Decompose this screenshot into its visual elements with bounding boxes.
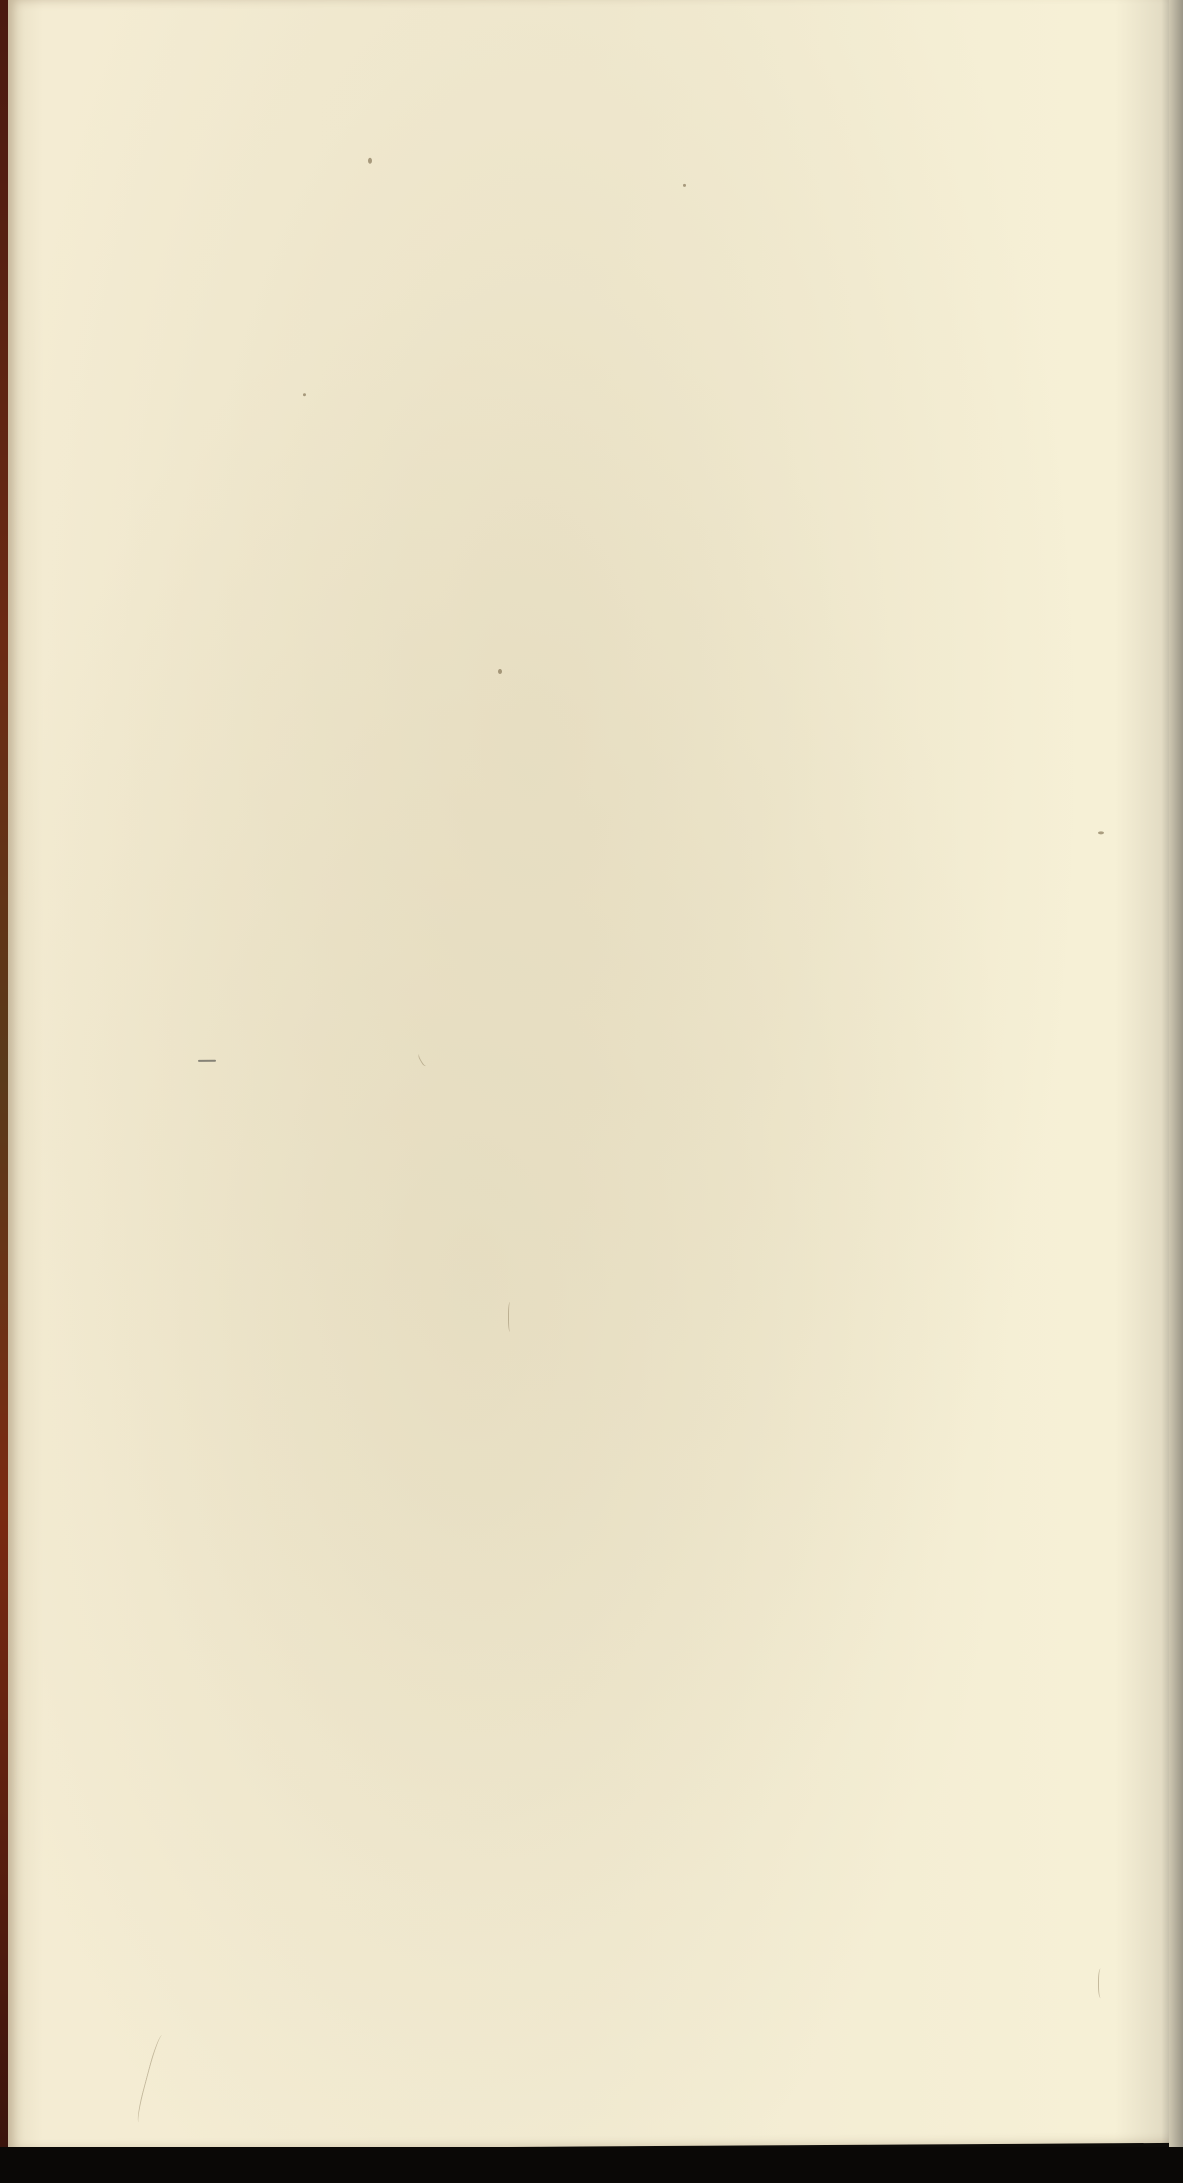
paper-fiber: [1098, 1968, 1105, 1998]
paper-fiber: [508, 1302, 513, 1332]
paper-speck: [683, 184, 686, 187]
paper-speck: [498, 669, 502, 674]
paper-fiber: [417, 1052, 430, 1068]
paper-speck: [1098, 831, 1104, 834]
page-gutter: [1169, 0, 1183, 2150]
scanner-border: [0, 2147, 1183, 2183]
paper-speck: [198, 1060, 216, 1062]
paper-speck: [368, 158, 372, 164]
paper-speck: [303, 393, 306, 396]
blank-paper-page: [8, 0, 1173, 2150]
paper-fiber: [135, 2034, 169, 2124]
